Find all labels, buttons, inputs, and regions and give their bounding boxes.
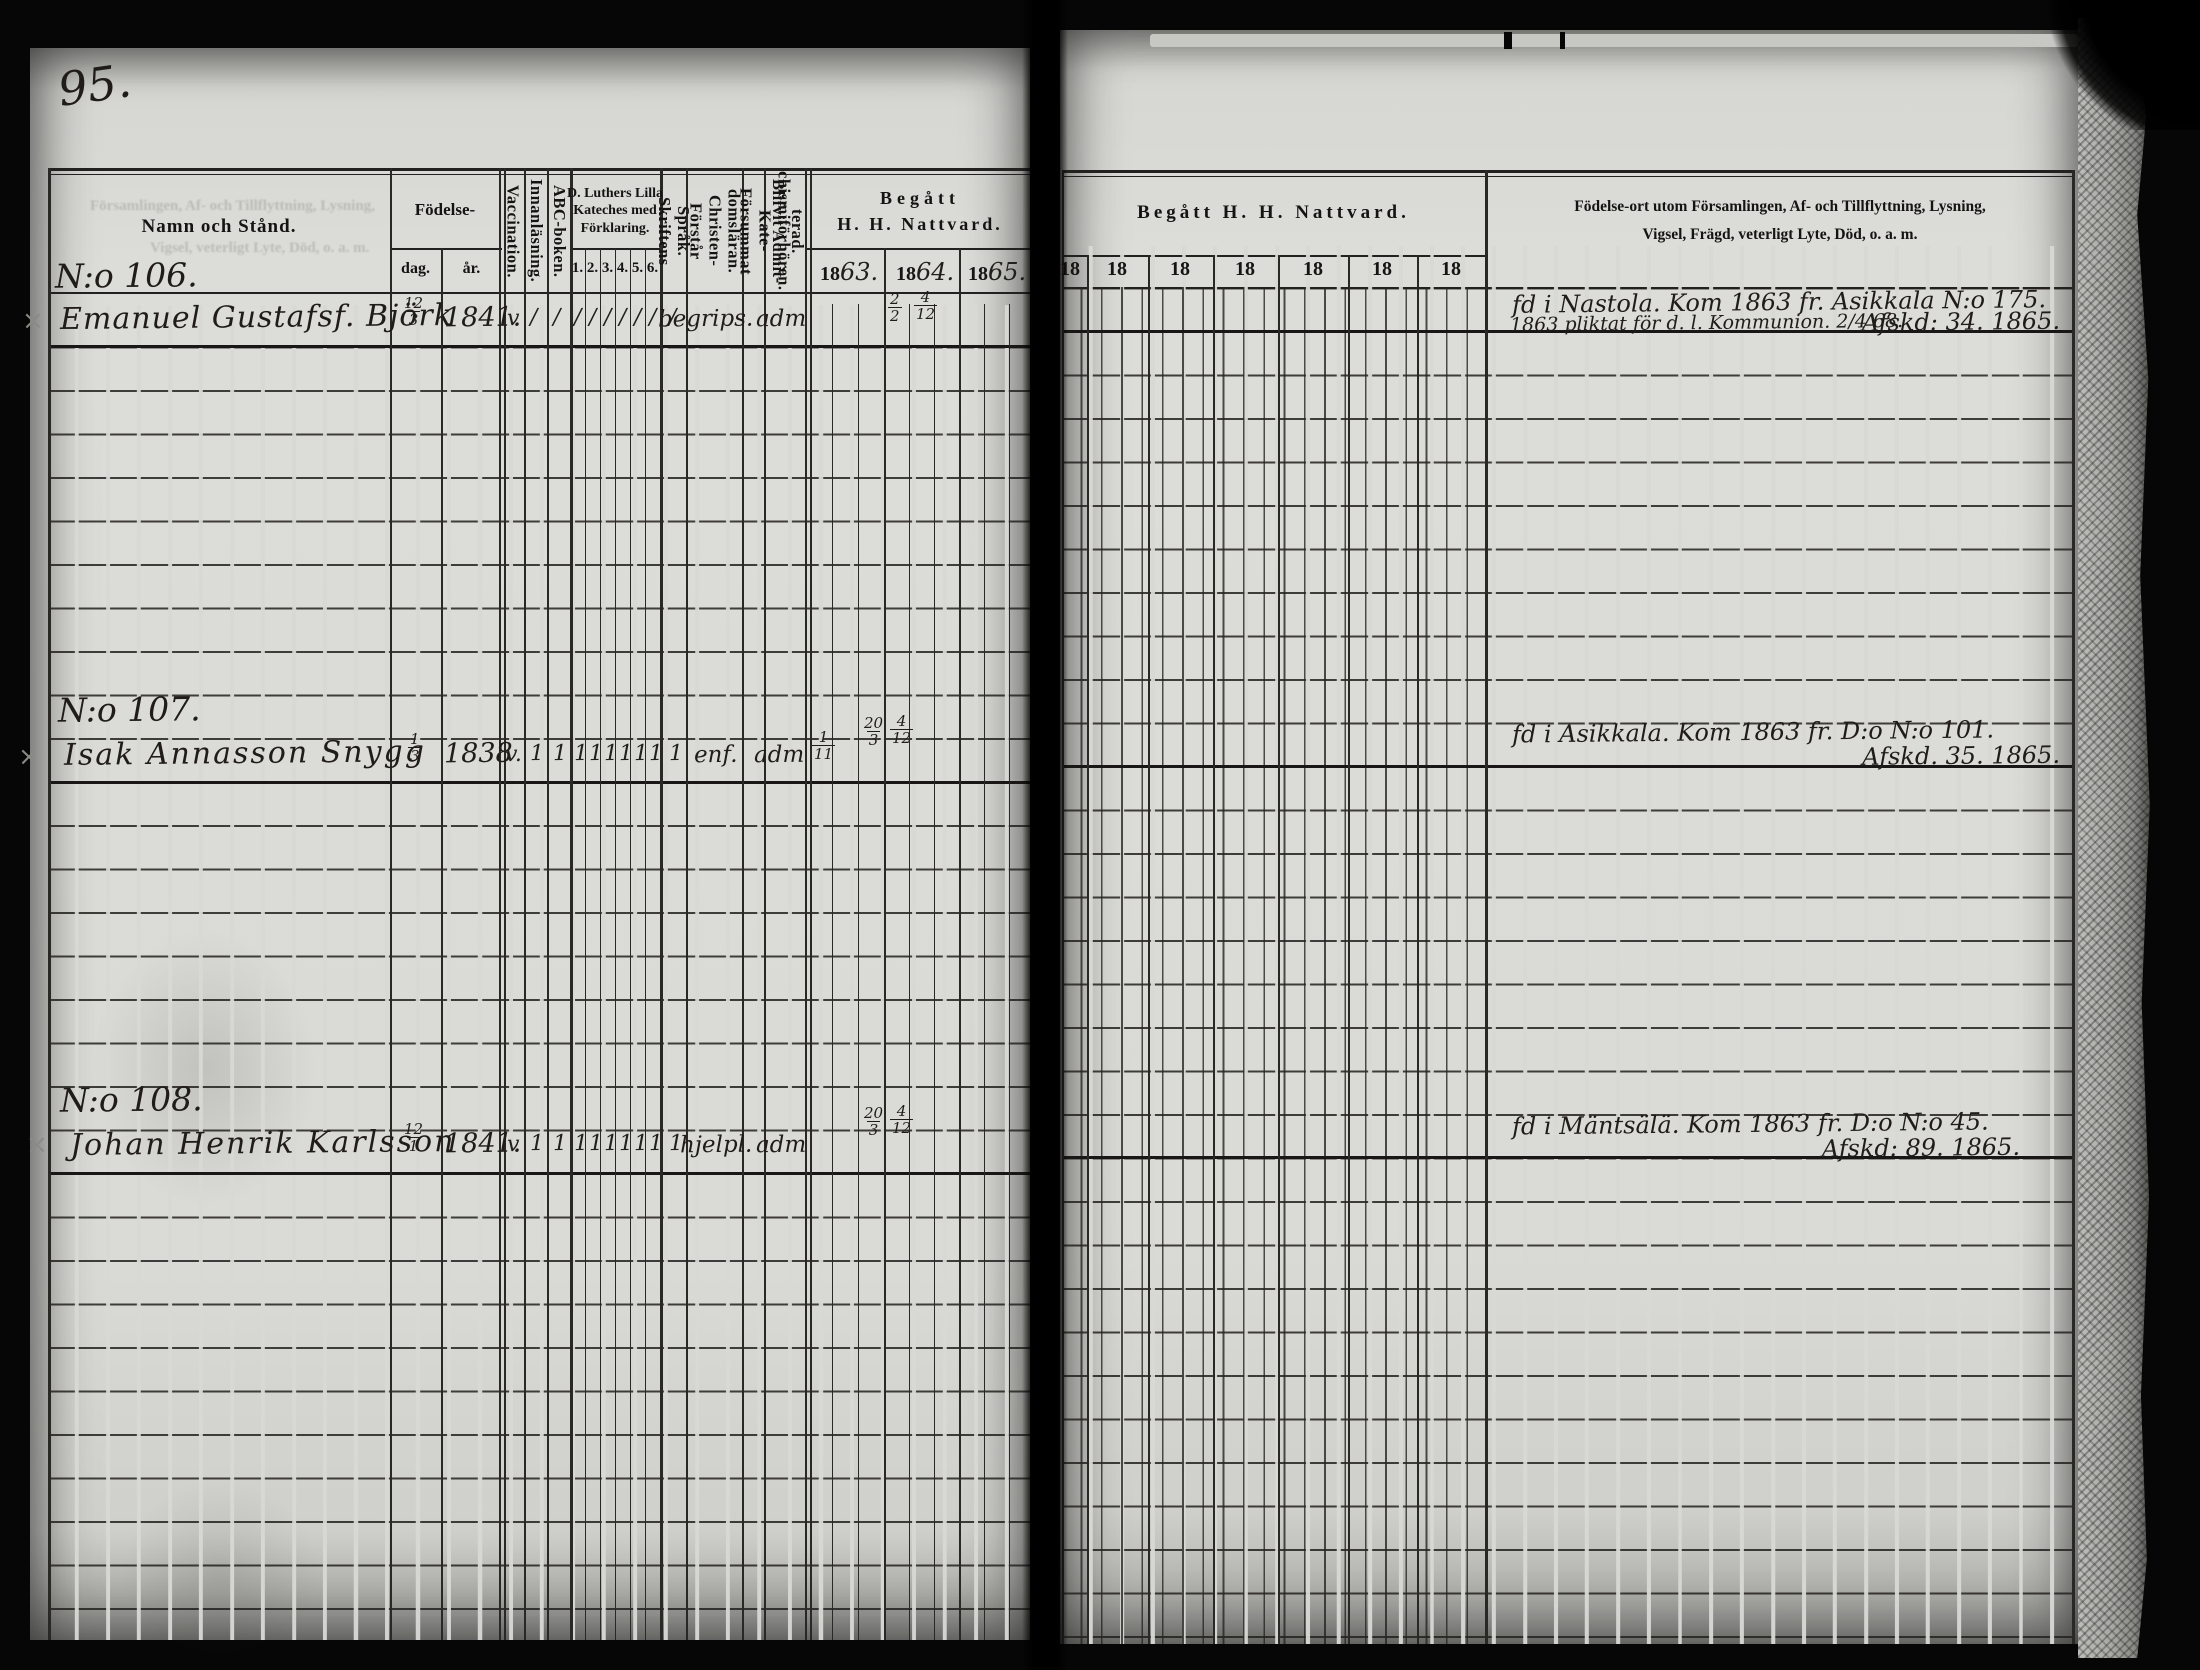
header-catechism-5: 5. <box>630 260 645 277</box>
check-mark: / <box>553 305 561 330</box>
birth-day-den: 3 <box>407 311 421 328</box>
check-mark: / <box>634 305 642 330</box>
header-catechism: D. Luthers Lilla Kateches med Förklaring… <box>562 178 668 244</box>
grid-line <box>1009 304 1010 1640</box>
grid-line <box>884 248 886 1640</box>
grid-line <box>48 168 1030 171</box>
grid-line <box>570 168 573 1640</box>
header-catechism-3: 3. <box>600 260 615 277</box>
grid-line <box>600 248 601 1640</box>
admitted-note: adm <box>754 742 805 769</box>
communion-date: 20 3 <box>862 1106 885 1138</box>
grid-line <box>909 304 910 1640</box>
communion-num: 4 <box>895 714 909 729</box>
check-mark: 1 <box>649 741 663 766</box>
grid-line <box>1062 170 2075 173</box>
check-mark: / <box>574 305 582 330</box>
margin-mark: × <box>26 1130 48 1160</box>
header-vaccination: Vaccination. <box>500 172 524 290</box>
header-understands: Förstår Christen- domsläran. <box>686 172 742 290</box>
admitted-date: 1 11 <box>812 730 835 762</box>
communion-num: 4 <box>919 290 933 305</box>
book-gutter <box>1022 0 1068 1670</box>
communion-den: 3 <box>867 731 881 748</box>
birth-year: 1838 <box>444 738 513 770</box>
grid-line <box>805 168 807 1640</box>
communion-num: 2 <box>888 292 902 307</box>
vaccination-mark: v. <box>505 742 522 767</box>
header-catechism-1: 1. <box>570 260 585 277</box>
entry-number: N:o 108. <box>60 1079 203 1119</box>
note-dismissal: Afskd: 34. 1865. <box>1820 307 2060 338</box>
check-mark: 1 <box>669 741 683 766</box>
bleed-through-text: Församlingen, Af- och Tillflyttning, Lys… <box>90 198 375 215</box>
communion-date: 2 2 <box>888 292 902 324</box>
header-reading: Innanläsning. <box>524 172 547 290</box>
check-mark: 1 <box>530 1131 544 1156</box>
check-mark: 1 <box>604 741 618 766</box>
grid-line <box>807 248 1030 250</box>
header-communion-right: Begått H. H. Nattvard. <box>1062 202 1485 224</box>
torn-page-edges <box>2078 18 2152 1658</box>
entry-number: N:o 106. <box>55 255 198 295</box>
grid-line <box>2072 170 2075 1644</box>
grid-line <box>547 168 549 1640</box>
communion-subcolumns <box>1062 287 1485 1644</box>
grid-line <box>984 304 985 1640</box>
understands-note: begrips. <box>658 306 754 333</box>
header-vaccination-label: Vaccination. <box>503 185 522 278</box>
admitted-num: 1 <box>817 730 831 745</box>
year-written: 64. <box>916 258 954 286</box>
header-birth-year: år. <box>441 260 502 278</box>
check-mark: 1 <box>553 1131 567 1156</box>
birth-date: 12 1 <box>402 1122 425 1154</box>
note-dismissal: Afskd: 89. 1865. <box>1780 1133 2020 1164</box>
communion-den: 12 <box>914 305 937 322</box>
grid-line <box>934 304 935 1640</box>
entry-number: N:o 107. <box>58 689 201 729</box>
page-edge-top-strip <box>1150 34 2078 47</box>
birth-day-num: 12 <box>402 1122 425 1137</box>
communion-num: 4 <box>895 1104 909 1119</box>
header-notes-line2: Vigsel, Frägd, veterligt Lyte, Död, o. a… <box>1485 226 2075 244</box>
check-mark: 1 <box>589 741 603 766</box>
page-number: 95. <box>55 53 135 117</box>
communion-date: 4 12 <box>890 714 913 746</box>
name-underline <box>48 1172 1030 1175</box>
grid-line <box>858 304 859 1640</box>
grid-line <box>832 304 833 1640</box>
check-mark: / <box>530 305 538 330</box>
birth-day-den: 1 <box>407 1137 421 1154</box>
grid-line <box>1213 255 1215 1644</box>
admitted-den: 11 <box>812 745 835 762</box>
admitted-note: adm <box>756 1132 807 1159</box>
year-written: 65. <box>988 258 1026 286</box>
row-lines <box>48 305 1030 1641</box>
year-printed: 18 <box>968 263 988 285</box>
check-mark: 1 <box>574 1131 588 1156</box>
year-1864: 1864. <box>896 258 954 286</box>
check-mark: 1 <box>530 741 544 766</box>
communion-num: 20 <box>862 1106 885 1121</box>
year-blank: 18 <box>1107 258 1127 281</box>
margin-mark: × <box>22 306 44 336</box>
grid-line <box>645 248 646 1640</box>
vaccination-mark: v <box>507 306 520 331</box>
right-page: Begått H. H. Nattvard. 18 18 18 18 18 18… <box>1060 30 2080 1644</box>
grid-line <box>1148 255 1150 1644</box>
grid-line <box>390 168 392 1640</box>
check-mark: 1 <box>619 741 633 766</box>
grid-line <box>1062 176 2075 177</box>
header-name-col: Namn och Stånd. <box>48 216 390 238</box>
year-written: 63. <box>840 258 878 286</box>
year-blank: 18 <box>1441 258 1461 281</box>
birth-date: 12 3 <box>402 296 425 328</box>
grid-line <box>742 168 744 1640</box>
page-edge-gap <box>1560 32 1565 49</box>
entry-name: Emanuel Gustafsf. Björk <box>60 298 453 337</box>
grid-line <box>1087 255 1089 1644</box>
check-mark: / <box>619 305 627 330</box>
admitted-note: adm <box>756 306 807 333</box>
header-birth: Födelse- <box>390 200 500 220</box>
left-page: 95. <box>30 48 1030 1640</box>
header-admitted-label: Blifvit Admit- terad. <box>768 179 806 284</box>
grid-line <box>959 248 961 1640</box>
understands-note: enf. <box>694 742 738 768</box>
grid-line <box>660 168 663 1640</box>
name-underline <box>48 345 1030 348</box>
header-scripture: Skriftens Språk. <box>660 172 686 290</box>
grid-line <box>524 168 526 1640</box>
header-communion-left-1: Begått <box>810 188 1030 209</box>
communion-date: 4 12 <box>914 290 937 322</box>
grid-line <box>48 168 51 1640</box>
grid-line <box>585 248 586 1640</box>
year-1865: 1865. <box>968 258 1026 286</box>
vaccination-mark: v <box>507 1132 520 1157</box>
grid-line <box>1485 170 1488 1644</box>
scanned-parish-register: 95. <box>0 0 2200 1670</box>
check-mark: / <box>649 305 657 330</box>
check-mark: 1 <box>589 1131 603 1156</box>
check-mark: 1 <box>634 741 648 766</box>
grid-line <box>499 168 501 1640</box>
year-blank: 18 <box>1170 258 1190 281</box>
header-birth-day: dag. <box>390 260 441 278</box>
year-1863: 1863. <box>820 258 878 286</box>
grid-line <box>686 168 688 1640</box>
header-catechism-4: 4. <box>615 260 630 277</box>
birth-day-num: 12 <box>402 296 425 311</box>
grid-line <box>504 168 506 1640</box>
page-edge-gap <box>1504 32 1512 49</box>
header-notes-line1: Födelse-ort utom Församlingen, Af- och T… <box>1485 198 2075 216</box>
header-understands-label: Förstår Christen- domsläran. <box>686 172 743 290</box>
communion-den: 3 <box>867 1121 881 1138</box>
note-dismissal: Afskd. 35. 1865. <box>1820 741 2060 772</box>
check-mark: / <box>604 305 612 330</box>
header-admitted: Blifvit Admit- terad. <box>766 172 808 290</box>
birth-day-num: 1 <box>408 732 422 747</box>
check-mark: 1 <box>649 1131 663 1156</box>
grid-line <box>1278 255 1280 1644</box>
communion-date: 4 12 <box>890 1104 913 1136</box>
header-communion-left-2: H. H. Nattvard. <box>810 214 1030 235</box>
communion-den: 12 <box>890 1119 913 1136</box>
understands-note: hjelpl. <box>680 1132 753 1159</box>
year-printed: 18 <box>896 263 916 285</box>
birth-day-den: 3 <box>408 747 422 764</box>
grid-line <box>1348 255 1350 1644</box>
birth-date: 1 3 <box>408 732 422 764</box>
name-underline <box>48 781 1030 784</box>
check-mark: 1 <box>553 741 567 766</box>
grid-line <box>390 248 502 250</box>
margin-mark: × <box>18 742 40 772</box>
scan-corner-shadow <box>2030 0 2200 130</box>
check-mark: 1 <box>634 1131 648 1156</box>
grid-line <box>615 248 616 1640</box>
entry-name: Johan Henrik Karlsson <box>70 1124 456 1163</box>
check-mark: 1 <box>574 741 588 766</box>
year-blank: 18 <box>1372 258 1392 281</box>
grid-line <box>1417 255 1419 1644</box>
communion-date: 20 3 <box>862 716 885 748</box>
grid-line <box>764 168 766 1640</box>
entry-name: Isak Annasson Snygg <box>64 734 426 773</box>
year-printed: 18 <box>820 263 840 285</box>
check-mark: 1 <box>619 1131 633 1156</box>
header-reading-label: Innanläsning. <box>526 179 545 282</box>
grid-line <box>630 248 631 1640</box>
year-blank: 18 <box>1235 258 1255 281</box>
communion-den: 12 <box>890 729 913 746</box>
year-blank: 18 <box>1303 258 1323 281</box>
check-mark: 1 <box>604 1131 618 1156</box>
communion-num: 20 <box>862 716 885 731</box>
grid-line <box>441 248 443 1640</box>
communion-den: 2 <box>888 307 902 324</box>
grid-line <box>810 168 812 1640</box>
check-mark: / <box>589 305 597 330</box>
header-catechism-2: 2. <box>585 260 600 277</box>
